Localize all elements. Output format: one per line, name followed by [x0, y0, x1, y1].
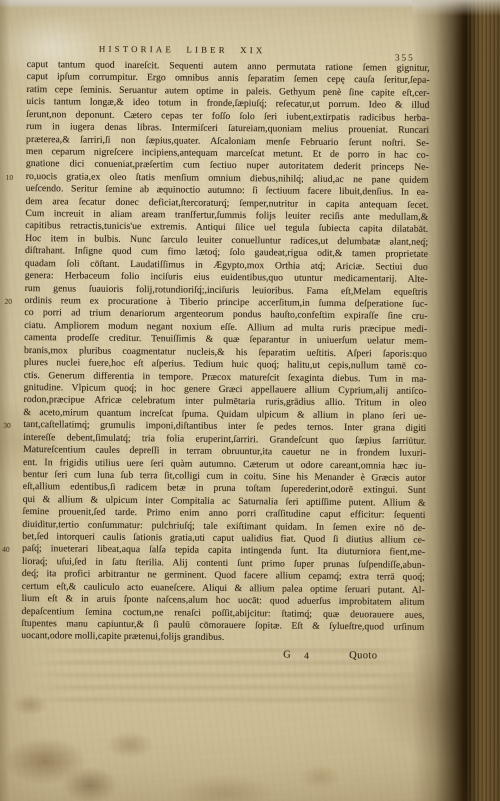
margin-line-number: 30	[3, 421, 11, 430]
margin-line-number: 40	[2, 545, 10, 554]
page-footer: G 4 Quoto	[21, 647, 424, 667]
gutter-top-highlight	[412, 0, 500, 16]
printed-page-content: HISTORIAE LIBER XIX 355 10203040 caput t…	[21, 43, 430, 687]
body-text: caput tantum quod inareſcit. Sequenti au…	[21, 59, 430, 647]
book-page-scan: HISTORIAE LIBER XIX 355 10203040 caput t…	[0, 0, 500, 801]
margin-line-number: 20	[4, 297, 12, 306]
signature-number: 4	[304, 652, 309, 662]
catchword: Quoto	[349, 650, 377, 661]
signature-letter: G	[283, 649, 291, 660]
page-left-edge-shadow	[0, 0, 10, 801]
running-title: HISTORIAE LIBER XIX	[99, 44, 266, 56]
margin-line-number: 10	[6, 173, 14, 182]
